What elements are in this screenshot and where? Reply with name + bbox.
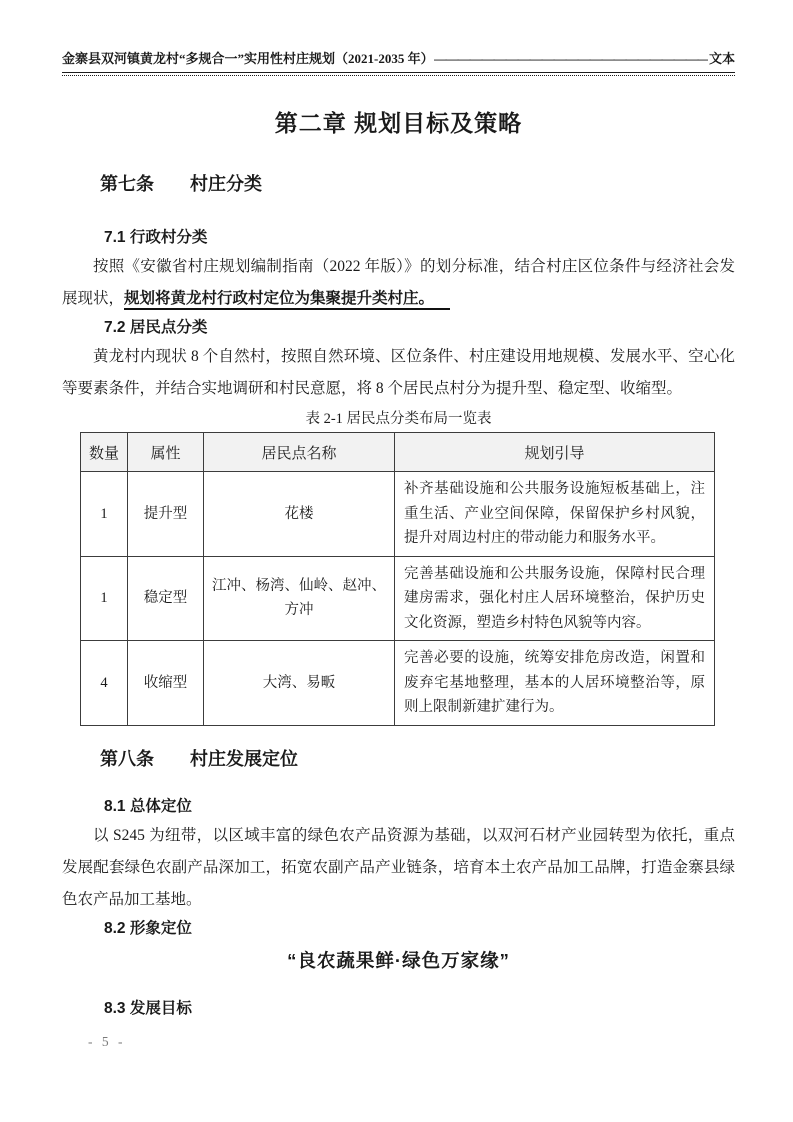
table-header-row: 数量 属性 居民点名称 规划引导: [81, 433, 715, 472]
table-row: 1 稳定型 江冲、杨湾、仙岭、赵冲、方冲 完善基础设施和公共服务设施，保障村民合…: [81, 556, 715, 641]
image-positioning-slogan: “良农蔬果鲜·绿色万家缘”: [62, 948, 735, 974]
para-overall-positioning: 以 S245 为纽带，以区域丰富的绿色农产品资源为基础，以双河石材产业园转型为依…: [62, 820, 735, 916]
cell-count: 1: [81, 472, 128, 557]
cell-count: 1: [81, 556, 128, 641]
col-header-count: 数量: [81, 433, 128, 472]
col-header-type: 属性: [128, 433, 204, 472]
cell-count: 4: [81, 641, 128, 726]
sub-heading-8-2: 8.2 形象定位: [104, 918, 735, 940]
sub-heading-7-2: 7.2 居民点分类: [104, 317, 735, 339]
para-admin-classification: 按照《安徽省村庄规划编制指南（2022 年版）》的划分标准，结合村庄区位条件与经…: [62, 251, 735, 315]
table-caption: 表 2-1 居民点分类布局一览表: [62, 409, 735, 429]
cell-type: 收缩型: [128, 641, 204, 726]
settlement-classification-table: 数量 属性 居民点名称 规划引导 1 提升型 花楼 补齐基础设施和公共服务设施短…: [80, 432, 715, 726]
sub-heading-8-1: 8.1 总体定位: [104, 796, 735, 818]
cell-names: 江冲、杨湾、仙岭、赵冲、方冲: [204, 556, 395, 641]
article-8-heading: 第八条 村庄发展定位: [100, 746, 735, 772]
running-header: 金寨县双河镇黄龙村“多规合一”实用性村庄规划（2021-2035 年） ————…: [62, 48, 735, 73]
cell-type: 提升型: [128, 472, 204, 557]
page-number: - 5 -: [88, 1034, 126, 1050]
cell-guidance: 补齐基础设施和公共服务设施短板基础上，注重生活、产业空间保障，保留保护乡村风貌，…: [395, 472, 715, 557]
cell-guidance: 完善基础设施和公共服务设施，保障村民合理建房需求，强化村庄人居环境整治，保护历史…: [395, 556, 715, 641]
document-page: 金寨县双河镇黄龙村“多规合一”实用性村庄规划（2021-2035 年） ————…: [0, 0, 793, 1122]
table-row: 1 提升型 花楼 补齐基础设施和公共服务设施短板基础上，注重生活、产业空间保障，…: [81, 472, 715, 557]
col-header-names: 居民点名称: [204, 433, 395, 472]
running-header-doc-type: 文本: [708, 48, 735, 67]
col-header-guidance: 规划引导: [395, 433, 715, 472]
sub-heading-8-3: 8.3 发展目标: [104, 998, 735, 1020]
cell-names: 花楼: [204, 472, 395, 557]
cell-names: 大湾、易畈: [204, 641, 395, 726]
cell-guidance: 完善必要的设施，统筹安排危房改造，闲置和废弃宅基地整理，基本的人居环境整治等，原…: [395, 641, 715, 726]
running-header-title: 金寨县双河镇黄龙村“多规合一”实用性村庄规划（2021-2035 年）: [62, 48, 434, 67]
article-7-heading: 第七条 村庄分类: [100, 171, 735, 197]
para-emphasis-text: 规划将黄龙村行政村定位为集聚提升类村庄。: [124, 290, 450, 310]
chapter-title: 第二章 规划目标及策略: [62, 107, 735, 139]
cell-type: 稳定型: [128, 556, 204, 641]
table-row: 4 收缩型 大湾、易畈 完善必要的设施，统筹安排危房改造，闲置和废弃宅基地整理，…: [81, 641, 715, 726]
sub-heading-7-1: 7.1 行政村分类: [104, 227, 735, 249]
para-settlement-classification: 黄龙村内现状 8 个自然村，按照自然环境、区位条件、村庄建设用地规模、发展水平、…: [62, 341, 735, 405]
header-dash-fill: ————————————————————————————: [434, 51, 708, 67]
